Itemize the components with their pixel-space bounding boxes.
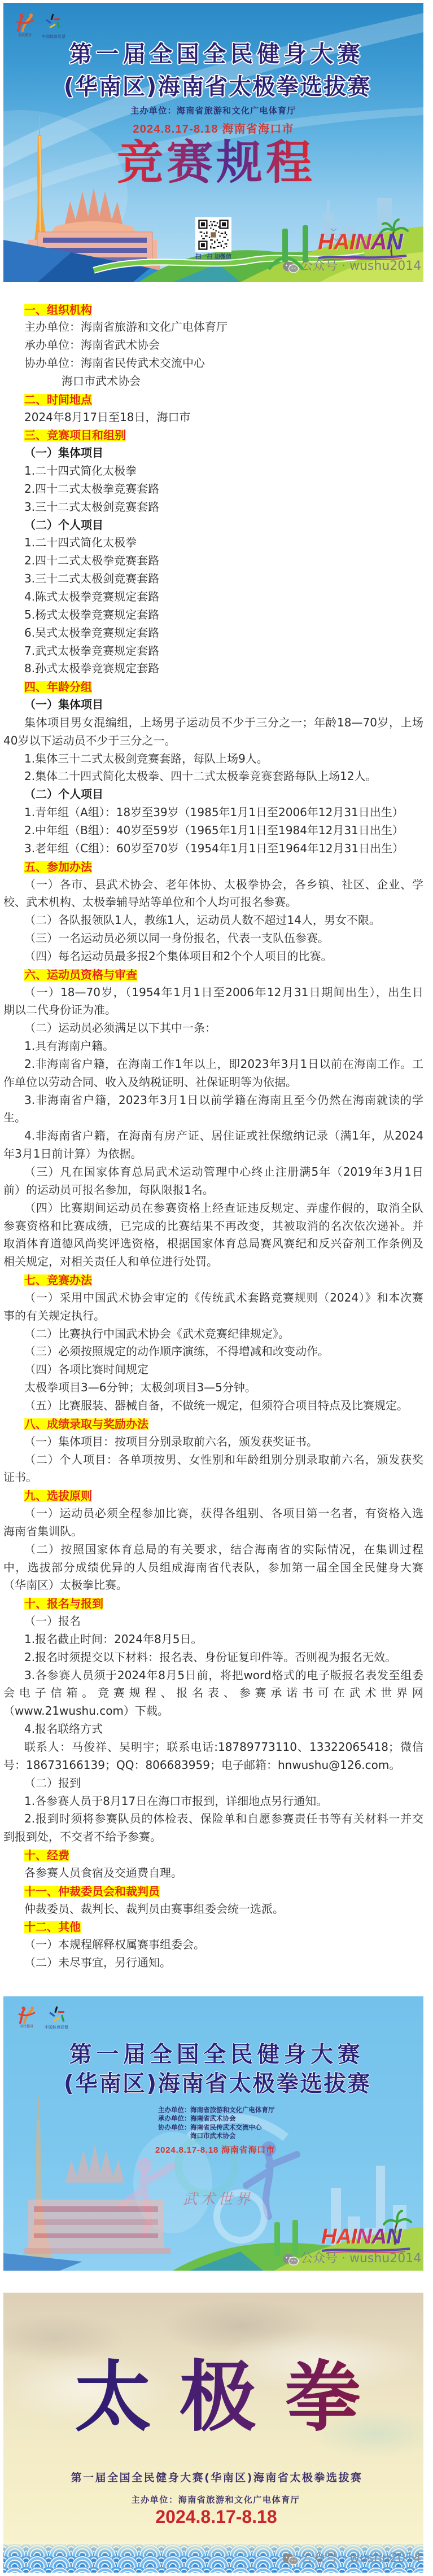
rule-line: 作单位以劳动合同、收入及纳税证明、社保证明等为依据。 <box>3 1074 423 1092</box>
sports-lottery-star-icon <box>45 13 61 30</box>
brand-letter: A <box>334 230 349 255</box>
host-organizer: 主办单位：海南省旅游和文化广电体育厅 <box>3 2494 423 2505</box>
section-heading-text: 十二、其他 <box>24 1921 81 1933</box>
rule-line: （三）一名运动员必须以同一身份报名，代表一支队伍参赛。 <box>3 930 423 948</box>
rule-line: 1.报名截止时间：2024年8月5日。 <box>3 1631 423 1649</box>
organizer-value: 海南省旅游和文化广电体育厅 <box>190 2106 275 2114</box>
rule-line: （二）运动员必须满足以下其中一条： <box>3 1019 423 1037</box>
rule-line: （华南区）太极拳比赛。 <box>3 1576 423 1594</box>
organizer-value: 海南省民传武术交流中心 <box>190 2123 262 2131</box>
rule-line: 仲裁委员、裁判长、裁判员由赛事组委会统一选派。 <box>3 1900 423 1918</box>
subsection-heading: （一）集体项目 <box>3 444 423 462</box>
competition-rules-body: 一、组织机构 主办单位：海南省旅游和文化广电体育厅 承办单位：海南省武术协会 协… <box>3 301 423 1972</box>
rule-line: 2.中年组（B组）：40岁至59岁（1965年1月1日至1984年12月31日出… <box>3 822 423 840</box>
section-heading-text: 三、竞赛项目和组别 <box>24 430 126 441</box>
organizer-row: 协办单位：海南省民传武术交流中心 <box>158 2123 275 2132</box>
section-heading-text: 六、运动员资格与审查 <box>24 969 137 981</box>
watermark-text: 公众号 · wushu2014 <box>300 2551 421 2566</box>
rule-line: （一）各市、县武术协会、老年体协、太极拳协会，各乡镇、社区、企业、学 <box>3 876 423 894</box>
section-heading-text: 八、成绩录取与奖励办法 <box>24 1418 148 1430</box>
rule-line: （二）比赛执行中国武术协会《武术竞赛纪律规定》。 <box>3 1325 423 1343</box>
competition-rules-headline-text: 竞赛规程 <box>117 136 316 190</box>
rule-line: （四）每名运动员最多报2个集体项目和2个个人项目的比赛。 <box>3 948 423 966</box>
rule-line: 40岁以下运动员不少于三分之一。 <box>3 732 423 750</box>
host-organizer: 主办单位：海南省旅游和文化广电体育厅 <box>3 106 423 116</box>
rule-line: 3.非海南省户籍，2023年3月1日以前学籍在海南且至今仍然在海南就读的学 <box>3 1092 423 1110</box>
rule-line: （二）未尽事宜，另行通知。 <box>3 1954 423 1972</box>
section-heading: 十、报名与报到 <box>3 1594 423 1613</box>
wechat-icon <box>282 2553 299 2566</box>
event-title-line2: (华南区)海南省太极拳选拔赛 <box>3 2071 423 2096</box>
section-heading-text: 五、参加办法 <box>24 861 92 873</box>
rule-line: 1.具有海南户籍。 <box>3 1037 423 1055</box>
taichi-headline-text: 太极拳 <box>75 2352 390 2442</box>
qr-code-icon <box>197 218 230 251</box>
rule-line: （三）必须按照规定的动作顺序演练，不得增减和改变动作。 <box>3 1343 423 1361</box>
rule-line: 1.各参赛人员于8月17日在海口市报到，详细地点另行通知。 <box>3 1793 423 1811</box>
organizers-list: 主办单位：海南省旅游和文化广电体育厅 承办单位：海南省武术协会 协办单位：海南省… <box>158 2106 275 2140</box>
section-heading: 九、选拔原则 <box>3 1487 423 1505</box>
rule-line: 证书。 <box>3 1469 423 1487</box>
national-fitness-logo-icon <box>17 2006 36 2024</box>
rule-line: 1.集体三十二式太极剑竞赛套路，每队上场9人。 <box>3 750 423 768</box>
section-heading: 六、运动员资格与审查 <box>3 966 423 984</box>
watermark-text: 公众号 · wushu2014 <box>300 259 421 274</box>
rule-line: （一）采用中国武术协会审定的《传统武术套路竞赛规则（2024）》和本次赛 <box>3 1289 423 1307</box>
watermark-text: 公众号 · wushu2014 <box>300 2251 421 2267</box>
section-heading: 二、时间地点 <box>3 391 423 409</box>
brand-letter: H <box>318 230 334 255</box>
brand-letter: A <box>336 2225 351 2249</box>
event-title-line1: 第一届全国全民健身大赛 <box>3 2042 423 2067</box>
rule-line: 2.报名时须提交以下材料：报名表、身份证复印件等。否则视为报名无效。 <box>3 1649 423 1667</box>
brand-letter: N <box>386 2225 401 2249</box>
rule-line: （www.21wushu.com）下载。 <box>3 1702 423 1720</box>
section-heading: 五、参加办法 <box>3 858 423 876</box>
rule-line: 4.报名联络方式 <box>3 1720 423 1738</box>
banner-bottom: 太极拳 第一届全国全民健身大赛(华南区)海南省太极拳选拔赛 主办单位：海南省旅游… <box>3 2293 423 2573</box>
section-heading: 十、经费 <box>3 1846 423 1864</box>
organizer-row: 海口市武术协会 <box>158 2132 275 2140</box>
event-date: 2024.8.17-8.18 <box>3 2507 423 2527</box>
section-heading: 十一、仲裁委员会和裁判员 <box>3 1882 423 1900</box>
rule-line: （一）运动员必须全程参加比赛，获得各组别、各项目第一名者，有资格入选 <box>3 1505 423 1523</box>
rule-line: 1.二十四式简化太极拳 <box>3 534 423 552</box>
rule-line: 年3月1日前计算）为依据。 <box>3 1145 423 1163</box>
contact-line: 号：18673166139；QQ：806683959；电子邮箱：hnwushu@… <box>3 1756 423 1775</box>
brand-letter: A <box>371 2225 386 2249</box>
organizer-label: 主办单位： <box>158 2106 190 2114</box>
rule-line: 2.集体二十四式简化太极拳、四十二式太极拳竞赛套路每队上场12人。 <box>3 768 423 786</box>
rule-line: （四）各项比赛时间规定 <box>3 1361 423 1379</box>
subsection-heading: （二）个人项目 <box>3 786 423 804</box>
section-heading: 三、竞赛项目和组别 <box>3 426 423 444</box>
sports-lottery-logo <box>49 2005 65 2026</box>
rule-line: 参赛资格和比赛成绩，已完成的比赛结果不再改变，其被取消的名次依次递补。并 <box>3 1217 423 1236</box>
rule-line: （三）凡在国家体育总局武术运动管理中心终止注册满5年（2019年3月1日 <box>3 1163 423 1181</box>
banner-top: 全民健身 中国体育彩票 第一届全国全民健身大赛 (华南区)海南省太极拳选拔赛 主… <box>3 3 423 282</box>
wechat-icon <box>282 261 299 274</box>
subsection-heading: （二）个人项目 <box>3 516 423 535</box>
sports-lottery-logo <box>45 13 61 32</box>
contact-line: 联系人：马俊祥、吴明宇；联系电话:18789773110、13322065418… <box>3 1738 423 1756</box>
rule-line: 校、武术机构、太极拳辅导站等单位和个人均可报名参赛。 <box>3 893 423 912</box>
brand-letter: N <box>356 2225 371 2249</box>
rule-line: 4.陈式太极拳竞赛规定套路 <box>3 588 423 606</box>
rule-line: 协办单位：海南省民传武术交流中心 <box>3 354 423 373</box>
rule-line: 会电子信箱。竞赛规程、报名表、参赛承诺书可在武术世界网 <box>3 1684 423 1702</box>
rule-line: （一）集体项目：按项目分别录取前六名，颁发获奖证书。 <box>3 1433 423 1451</box>
subsection-heading: （一）集体项目 <box>3 696 423 714</box>
brand-letter: N <box>387 230 403 255</box>
rule-line: 中，选拔部分成绩优异的人员组成海南省代表队，参加第一届全国全民健身大赛 <box>3 1559 423 1577</box>
hainan-brand-logo: HAINAN <box>318 230 403 255</box>
event-subtitle: 第一届全国全民健身大赛(华南区)海南省太极拳选拔赛 <box>3 2471 423 2485</box>
rule-line: 各参赛人员食宿及交通费自理。 <box>3 1864 423 1882</box>
national-fitness-logo-caption: 全民健身 <box>11 33 38 38</box>
event-title-line1: 第一届全国全民健身大赛 <box>3 42 423 67</box>
rule-line: 2.报到时须将参赛队员的体检表、保险单和自愿参赛责任书等有关材料一并交 <box>3 1810 423 1828</box>
hainan-brand-logo: HAINAN <box>321 2224 401 2249</box>
wechat-watermark: 公众号 · wushu2014 <box>282 2553 299 2568</box>
sports-lottery-logo-caption: 中国体育彩票 <box>41 2025 72 2030</box>
brand-letter: A <box>371 230 387 255</box>
national-fitness-logo-icon <box>15 13 35 32</box>
rule-line: 生。 <box>3 1109 423 1127</box>
wechat-watermark: 公众号 · wushu2014 <box>282 261 299 276</box>
organizer-value: 海口市武术协会 <box>190 2132 236 2140</box>
rule-line: 取消体育道德风尚奖评选资格，根据国家体育总局赛风赛纪和反兴奋剂工作条例及 <box>3 1235 423 1253</box>
wechat-watermark: 公众号 · wushu2014 <box>282 2254 299 2268</box>
rule-line: 主办单位：海南省旅游和文化广电体育厅 <box>3 318 423 336</box>
rule-line: （二）各队报领队1人，教练1人，运动员人数不超过14人，男女不限。 <box>3 912 423 930</box>
rule-line: 集体项目男女混编组，上场男子运动员不少于三分之一；年龄18—70岁，上场 <box>3 714 423 732</box>
brand-letter: I <box>349 230 355 255</box>
rule-line: 相关规定，对相关责任人和单位进行处罚。 <box>3 1253 423 1271</box>
wechat-icon <box>282 2254 299 2266</box>
organizer-row: 主办单位：海南省旅游和文化广电体育厅 <box>158 2106 275 2114</box>
banner-middle: 全民健身 中国体育彩票 第一届全国全民健身大赛 (华南区)海南省太极拳选拔赛 主… <box>3 1996 423 2271</box>
wechat-qr-code <box>195 217 231 252</box>
section-heading: 四、年龄分组 <box>3 678 423 696</box>
rule-line: 2024年8月17日至18日，海口市 <box>3 409 423 427</box>
rule-line: 1.二十四式简化太极拳 <box>3 462 423 480</box>
rule-line: （五）比赛服装、器械自备，不做统一规定，但须符合项目特点及比赛规定。 <box>3 1397 423 1415</box>
section-heading-text: 四、年龄分组 <box>24 681 92 693</box>
section-heading-text: 七、竞赛办法 <box>24 1274 92 1286</box>
rule-line: （二）个人项目：各单项按男、女性别和年龄组别分别录取前六名，颁发获奖 <box>3 1451 423 1469</box>
rule-line: 1.青年组（A组）：18岁至39岁（1985年1月1日至2006年12月31日出… <box>3 804 423 822</box>
wushu-world-calligraphy: 武术世界 <box>183 2191 253 2208</box>
section-heading: 八、成绩录取与奖励办法 <box>3 1415 423 1433</box>
rule-line: 6.吴式太极拳竞赛规定套路 <box>3 624 423 642</box>
sports-lottery-logo-caption: 中国体育彩票 <box>37 34 70 40</box>
rule-line: 3.三十二式太极剑竞赛套路 <box>3 570 423 588</box>
rule-line: 3.三十二式太极剑竞赛套路 <box>3 498 423 516</box>
section-heading: 七、竞赛办法 <box>3 1271 423 1289</box>
competition-rules-headline: 竞赛规程 <box>3 137 423 189</box>
rule-line: 前）的运动员可报名参加，每队限报1名。 <box>3 1181 423 1199</box>
rule-line: 2.四十二式太极拳竞赛套路 <box>3 480 423 498</box>
sports-lottery-star-icon <box>49 2005 65 2023</box>
rule-line: 7.武式太极拳竞赛规定套路 <box>3 642 423 660</box>
event-title-line2: (华南区)海南省太极拳选拔赛 <box>3 75 423 99</box>
brand-letter: N <box>355 230 371 255</box>
national-fitness-logo <box>15 13 35 34</box>
rule-line: 事的有关规定执行。 <box>3 1307 423 1325</box>
rule-line: 3.老年组（C组）：60岁至70岁（1954年1月1日至1964年12月31日出… <box>3 840 423 858</box>
rule-line: 到报到处，不交者不给予参赛。 <box>3 1828 423 1846</box>
section-heading-text: 十一、仲裁委员会和裁判员 <box>24 1886 160 1898</box>
section-heading-text: 十、经费 <box>24 1850 69 1861</box>
rule-line: 8.孙式太极拳竞赛规定套路 <box>3 660 423 678</box>
section-heading-text: 二、时间地点 <box>24 394 92 406</box>
taichi-headline: 太极拳 <box>3 2355 423 2439</box>
section-heading: 十二、其他 <box>3 1918 423 1936</box>
rule-line: （一）本规程解释权属赛事组委会。 <box>3 1936 423 1954</box>
national-fitness-logo <box>17 2006 36 2026</box>
rule-line: 3.各参赛人员须于2024年8月5日前，将把word格式的电子版报名表发至组委 <box>3 1667 423 1685</box>
rule-line: （一）报名 <box>3 1613 423 1631</box>
rule-line: （四）比赛期间运动员在参赛资格上经查证违反规定、弄虚作假的，取消全队 <box>3 1199 423 1217</box>
rule-line: 5.杨式太极拳竞赛规定套路 <box>3 606 423 624</box>
section-heading-text: 九、选拔原则 <box>24 1490 92 1502</box>
event-date-place: 2024.8.17-8.18 海南省海口市 <box>155 2145 275 2156</box>
qr-caption: 扫一扫 加微信 <box>191 254 236 261</box>
national-fitness-logo-caption: 全民健身 <box>14 2025 40 2029</box>
rule-line: 2.四十二式太极拳竞赛套路 <box>3 552 423 570</box>
rule-line: （二）按照国家体育总局的有关要求，结合海南省的实际情况，在集训过程 <box>3 1541 423 1559</box>
organizer-label: 协办单位： <box>158 2123 190 2132</box>
section-heading-text: 十、报名与报到 <box>24 1598 103 1610</box>
rule-line: 海口市武术协会 <box>3 373 423 391</box>
rule-line: 海南省集训队。 <box>3 1523 423 1541</box>
rule-line: 4.非海南省户籍，在海南有房产证、居住证或社保缴纳记录（满1年，从2024 <box>3 1127 423 1145</box>
organizer-value: 海南省武术协会 <box>190 2114 236 2122</box>
rule-line: 期以二代身份证为准。 <box>3 1001 423 1019</box>
organizer-label: 承办单位： <box>158 2114 190 2123</box>
section-heading-text: 一、组织机构 <box>24 304 92 316</box>
rule-line: （一）18—70岁，（1954年1月1日至2006年12月31日期间出生），出生… <box>3 984 423 1002</box>
section-heading: 一、组织机构 <box>3 301 423 319</box>
organizer-row: 承办单位：海南省武术协会 <box>158 2114 275 2123</box>
event-date-place: 2024.8.17-8.18 海南省海口市 <box>3 122 423 136</box>
rule-line: 承办单位：海南省武术协会 <box>3 336 423 354</box>
rule-line: 太极拳项目3—6分钟；太极剑项目3—5分钟。 <box>3 1379 423 1397</box>
brand-letter: H <box>321 2225 336 2249</box>
rule-line: （二）报到 <box>3 1775 423 1793</box>
rule-line: 2.非海南省户籍，在海南工作1年以上，即2023年3月1日以前在海南工作。工 <box>3 1055 423 1074</box>
